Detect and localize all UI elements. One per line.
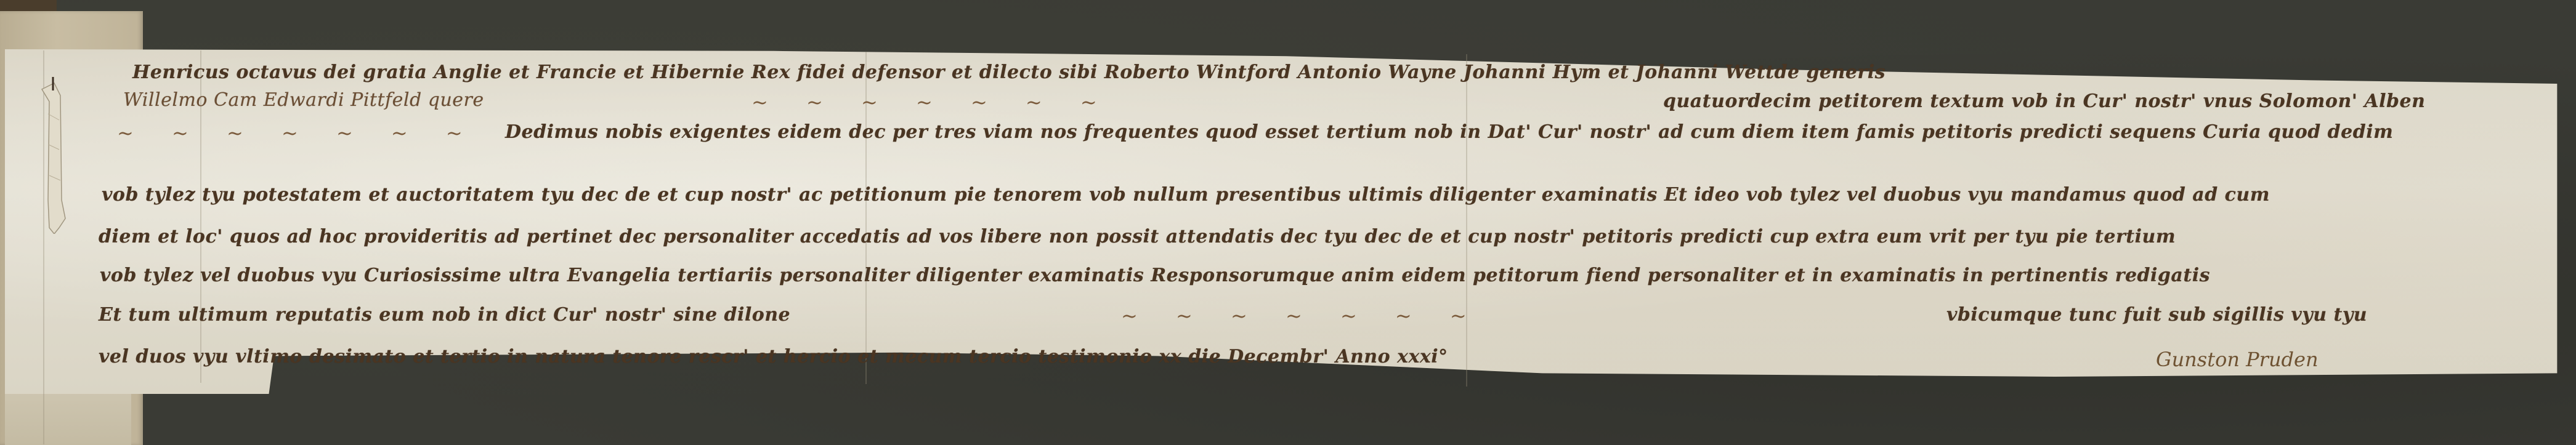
line-filler-flourish: ~ ~ ~ ~ ~ ~ ~ — [1121, 306, 1483, 326]
charter-line-7: vob tylez vel duobus vyu Curiosissime ul… — [100, 267, 2210, 285]
clerk-signature: Gunston Pruden — [2156, 348, 2319, 371]
backing-edge — [0, 0, 57, 12]
charter-line-1: Henricus octavus dei gratia Anglie et Fr… — [132, 63, 1885, 82]
charter-line-8-tail: vbicumque tunc fuit sub sigillis vyu tyu — [1946, 306, 2367, 324]
charter-line-8: Et tum ultimum reputatis eum nob in dict… — [99, 306, 790, 324]
charter-line-6: diem et loc' quos ad hoc provideritis ad… — [99, 228, 2176, 246]
charter-line-9: vel duos vyu vltimo desimato et tertio i… — [99, 348, 1448, 366]
line-filler-flourish: ~ ~ ~ ~ ~ ~ ~ — [117, 123, 479, 143]
charter-line-2: Willelmo Cam Edwardi Pittfeld quere — [123, 91, 484, 110]
parchment-tie-icon — [36, 77, 67, 234]
charter-line-4: Dedimus nobis exigentes eidem dec per tr… — [505, 123, 2393, 142]
charter-line-5: vob tylez tyu potestatem et auctoritatem… — [102, 186, 2270, 204]
fold-crease — [1466, 54, 1467, 387]
line-filler-flourish: ~ ~ ~ ~ ~ ~ ~ — [751, 92, 1113, 112]
charter-line-3: quatuordecim petitorem textum vob in Cur… — [1663, 92, 2425, 111]
